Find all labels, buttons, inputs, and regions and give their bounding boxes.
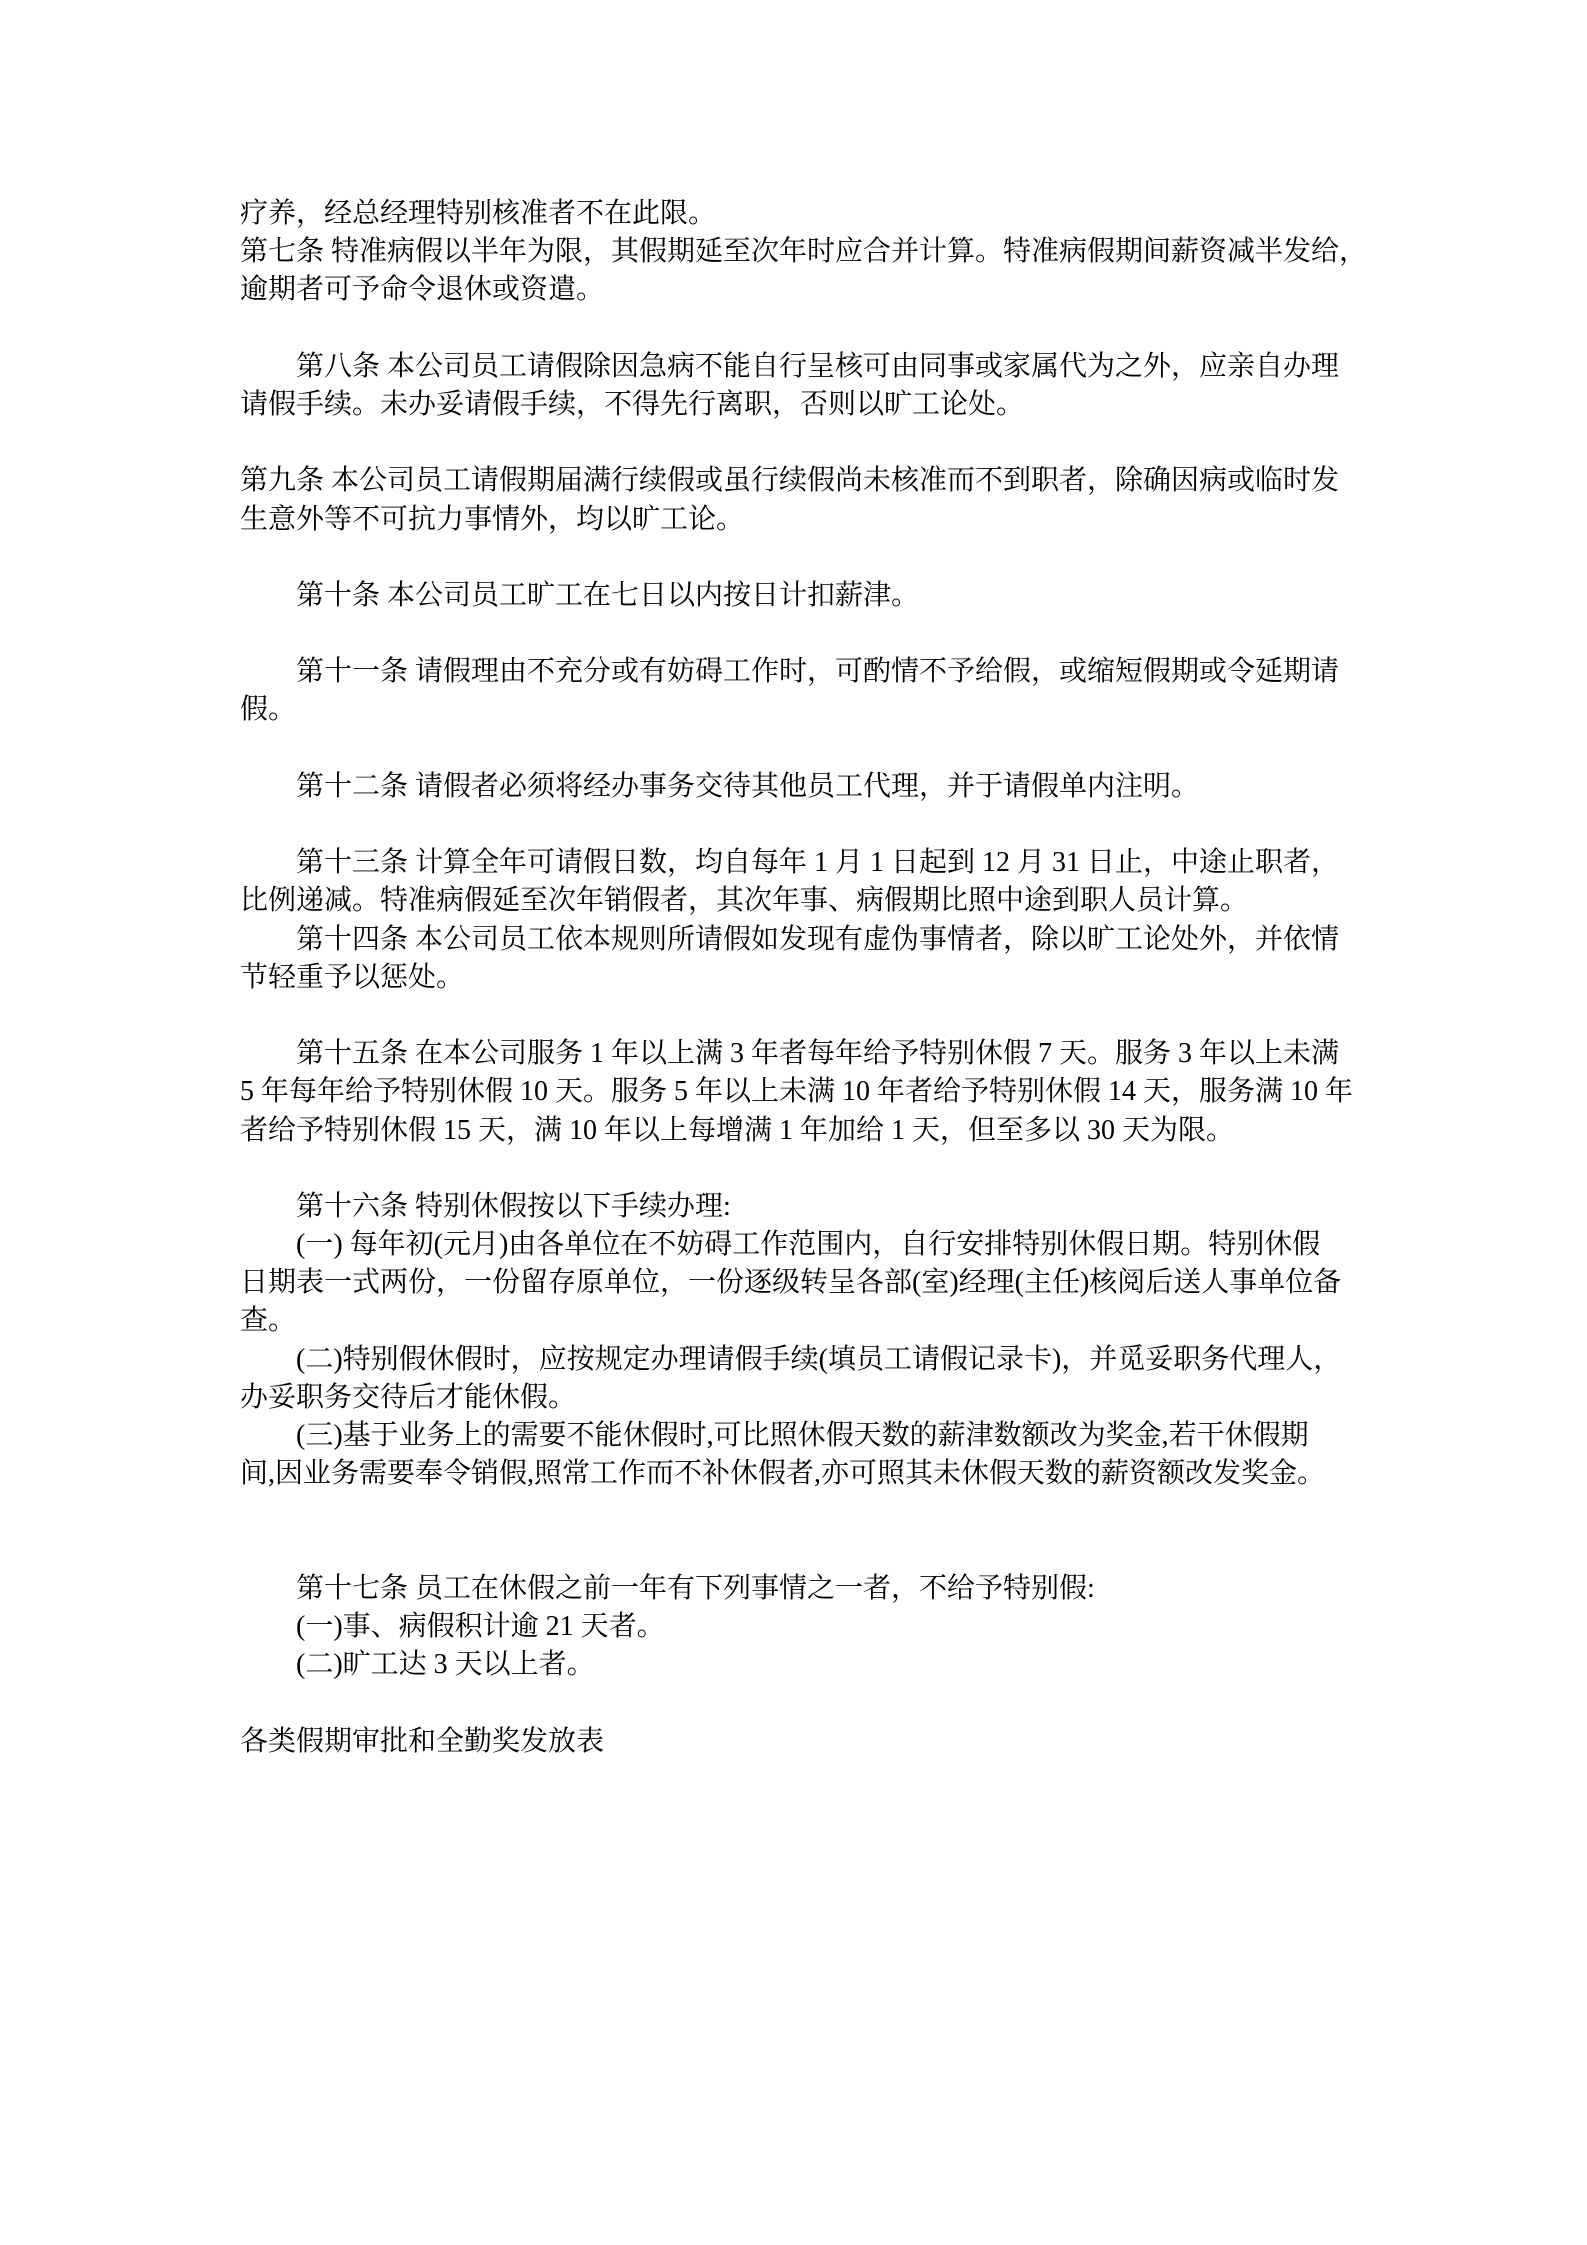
- text-line: [240, 424, 1360, 462]
- text-line: 假。: [240, 691, 1360, 729]
- text-line: [240, 1684, 1360, 1722]
- text-line: 第十一条 请假理由不充分或有妨碍工作时，可酌情不予给假，或缩短假期或令延期请: [240, 653, 1360, 691]
- text-line: (三)基于业务上的需要不能休假时,可比照休假天数的薪津数额改为奖金,若干休假期: [240, 1417, 1360, 1455]
- text-line: 节轻重予以惩处。: [240, 959, 1360, 997]
- text-line: 第七条 特准病假以半年为限，其假期延至次年时应合并计算。特准病假期间薪资减半发给…: [240, 233, 1360, 271]
- text-line: [240, 310, 1360, 348]
- text-line: [240, 730, 1360, 768]
- text-line: 日期表一式两份，一份留存原单位，一份逐级转呈各部(室)经理(主任)核阅后送人事单…: [240, 1264, 1360, 1302]
- text-line: 间,因业务需要奉令销假,照常工作而不补休假者,亦可照其未休假天数的薪资额改发奖金…: [240, 1455, 1360, 1493]
- text-line: 第十条 本公司员工旷工在七日以内按日计扣薪津。: [240, 577, 1360, 615]
- text-line: 第十二条 请假者必须将经办事务交待其他员工代理，并于请假单内注明。: [240, 768, 1360, 806]
- text-line: 办妥职务交待后才能休假。: [240, 1379, 1360, 1417]
- text-line: 5 年每年给予特别休假 10 天。服务 5 年以上未满 10 年者给予特别休假 …: [240, 1073, 1360, 1111]
- text-line: 第十七条 员工在休假之前一年有下列事情之一者，不给予特别假:: [240, 1570, 1360, 1608]
- text-line: 者给予特别休假 15 天，满 10 年以上每增满 1 年加给 1 天，但至多以 …: [240, 1112, 1360, 1150]
- text-line: 第十五条 在本公司服务 1 年以上满 3 年者每年给予特别休假 7 天。服务 3…: [240, 1035, 1360, 1073]
- text-line: 第八条 本公司员工请假除因急病不能自行呈核可由同事或家属代为之外，应亲自办理: [240, 348, 1360, 386]
- text-line: [240, 997, 1360, 1035]
- document-page: 疗养，经总经理特别核准者不在此限。第七条 特准病假以半年为限，其假期延至次年时应…: [0, 0, 1587, 2245]
- text-line: [240, 539, 1360, 577]
- text-line: 请假手续。未办妥请假手续，不得先行离职，否则以旷工论处。: [240, 386, 1360, 424]
- text-line: [240, 1532, 1360, 1570]
- text-line: 第十四条 本公司员工依本规则所请假如发现有虚伪事情者，除以旷工论处外，并依情: [240, 921, 1360, 959]
- text-line: 各类假期审批和全勤奖发放表: [240, 1723, 1360, 1761]
- text-line: 第九条 本公司员工请假期届满行续假或虽行续假尚未核准而不到职者，除确因病或临时发: [240, 462, 1360, 500]
- text-line: [240, 1493, 1360, 1531]
- document-text-block: 疗养，经总经理特别核准者不在此限。第七条 特准病假以半年为限，其假期延至次年时应…: [240, 195, 1360, 1761]
- text-line: [240, 1150, 1360, 1188]
- text-line: 第十六条 特别休假按以下手续办理:: [240, 1188, 1360, 1226]
- text-line: (一)事、病假积计逾 21 天者。: [240, 1608, 1360, 1646]
- text-line: 逾期者可予命令退休或资遣。: [240, 271, 1360, 309]
- text-line: [240, 615, 1360, 653]
- text-line: 疗养，经总经理特别核准者不在此限。: [240, 195, 1360, 233]
- text-line: (一) 每年初(元月)由各单位在不妨碍工作范围内，自行安排特别休假日期。特别休假: [240, 1226, 1360, 1264]
- text-line: (二)特别假休假时，应按规定办理请假手续(填员工请假记录卡)，并觅妥职务代理人，: [240, 1341, 1360, 1379]
- text-line: 查。: [240, 1302, 1360, 1340]
- text-line: 比例递减。特准病假延至次年销假者，其次年事、病假期比照中途到职人员计算。: [240, 882, 1360, 920]
- text-line: [240, 806, 1360, 844]
- text-line: 第十三条 计算全年可请假日数，均自每年 1 月 1 日起到 12 月 31 日止…: [240, 844, 1360, 882]
- text-line: 生意外等不可抗力事情外，均以旷工论。: [240, 501, 1360, 539]
- text-line: (二)旷工达 3 天以上者。: [240, 1646, 1360, 1684]
